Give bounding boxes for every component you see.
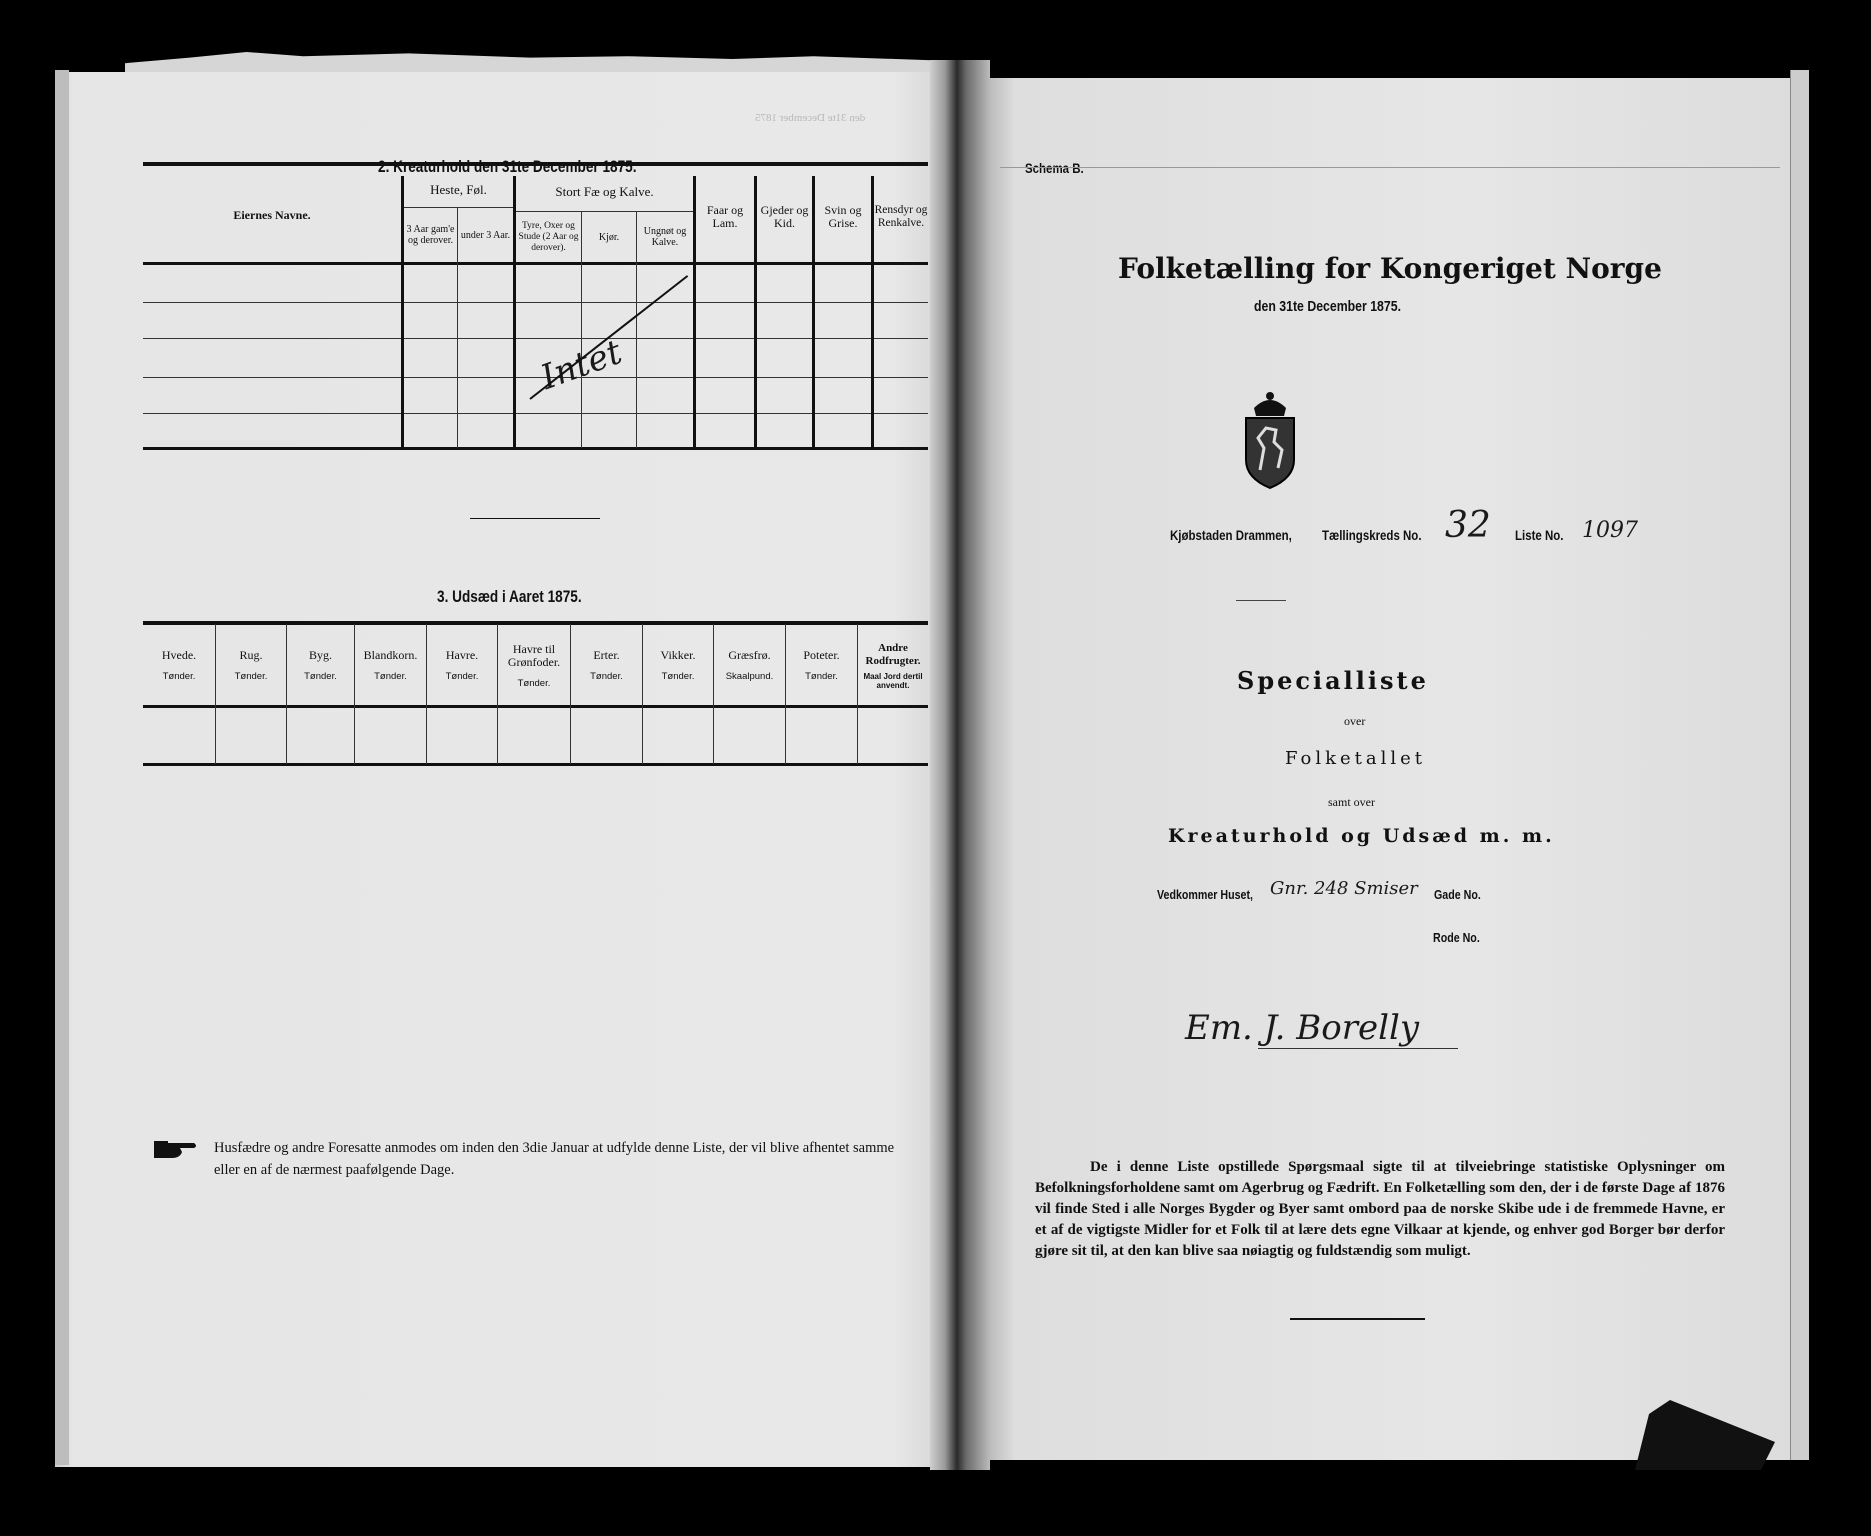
schema-label: Schema B.: [1025, 160, 1084, 176]
col-cattle-group: Stort Fæ og Kalve.: [516, 172, 693, 210]
signature: Em. J. Borelly: [1185, 1008, 1419, 1048]
signature-underline: [1258, 1048, 1458, 1049]
divider: [470, 518, 600, 519]
coat-of-arms-icon: [1240, 390, 1300, 490]
col-cattle-young: Ungnøt og Kalve.: [637, 212, 693, 262]
col-oats-fodder: Havre til Grønfoder.Tønder.: [498, 628, 570, 704]
col-mixed-grain: Blandkorn.Tønder.: [355, 628, 426, 704]
divider: [1290, 1318, 1425, 1320]
col-other-roots: Andre Rodfrugter.Maal Jord dertil anvend…: [858, 628, 928, 704]
divider: [1236, 600, 1286, 601]
list-number: 1097: [1582, 518, 1638, 543]
district-label: Tællingskreds No.: [1322, 527, 1422, 543]
col-oats: Havre.Tønder.: [427, 628, 497, 704]
right-page-edge: [1790, 70, 1809, 1460]
col-rye: Rug.Tønder.: [216, 628, 286, 704]
notice-text: Husfædre og andre Foresatte anmodes om i…: [214, 1137, 914, 1181]
col-barley: Byg.Tønder.: [287, 628, 354, 704]
left-page: [55, 72, 937, 1467]
explanation-paragraph: De i denne Liste opstillede Spørgsmaal s…: [1035, 1157, 1725, 1262]
pointing-hand-icon: [154, 1138, 198, 1160]
col-horses-group: Heste, Føl.: [404, 172, 513, 206]
book-spine: [930, 60, 990, 1470]
col-potatoes: Poteter.Tønder.: [786, 628, 857, 704]
street-label: Gade No.: [1434, 887, 1481, 902]
list-label: Liste No.: [1515, 527, 1563, 543]
col-horses-under3: under 3 Aar.: [458, 208, 513, 262]
census-date: den 31te December 1875.: [1254, 298, 1401, 315]
col-vetch: Vikker.Tønder.: [643, 628, 713, 704]
col-wheat: Hvede.Tønder.: [143, 628, 215, 704]
col-grass-seed: Græsfrø.Skaalpund.: [714, 628, 785, 704]
col-peas: Erter.Tønder.: [571, 628, 642, 704]
section3-title: 3. Udsæd i Aaret 1875.: [437, 587, 582, 607]
house-value: Gnr. 248 Smiser: [1270, 878, 1418, 899]
town-label: Kjøbstaden Drammen,: [1170, 527, 1292, 543]
folketallet-text: Folketallet: [1285, 748, 1426, 769]
col-cattle-bulls: Tyre, Oxer og Stude (2 Aar og derover).: [516, 212, 581, 262]
specialliste-heading: Specialliste: [1237, 666, 1429, 695]
col-cattle-cows: Kjør.: [582, 212, 636, 262]
left-page-edge: [55, 70, 69, 1465]
col-owner-names: Eiernes Navne.: [143, 170, 401, 260]
col-reindeer: Rensdyr og Renkalve.: [874, 172, 928, 262]
samt-over-text: samt over: [1328, 795, 1375, 810]
col-goats: Gjeder og Kid.: [757, 172, 812, 262]
house-label: Vedkommer Huset,: [1157, 887, 1253, 902]
rode-label: Rode No.: [1433, 930, 1480, 945]
bleed-through-text: den 31te December 1875: [755, 112, 865, 124]
top-rule: [1000, 167, 1780, 168]
main-title: Folketælling for Kongeriget Norge: [1118, 252, 1662, 285]
district-number: 32: [1445, 505, 1491, 546]
col-sheep: Faar og Lam.: [696, 172, 754, 262]
col-pigs: Svin og Grise.: [815, 172, 871, 262]
col-horses-3plus: 3 Aar gam'e og derover.: [404, 208, 457, 262]
kreaturhold-text: Kreaturhold og Udsæd m. m.: [1168, 825, 1555, 847]
over-text: over: [1344, 714, 1365, 729]
